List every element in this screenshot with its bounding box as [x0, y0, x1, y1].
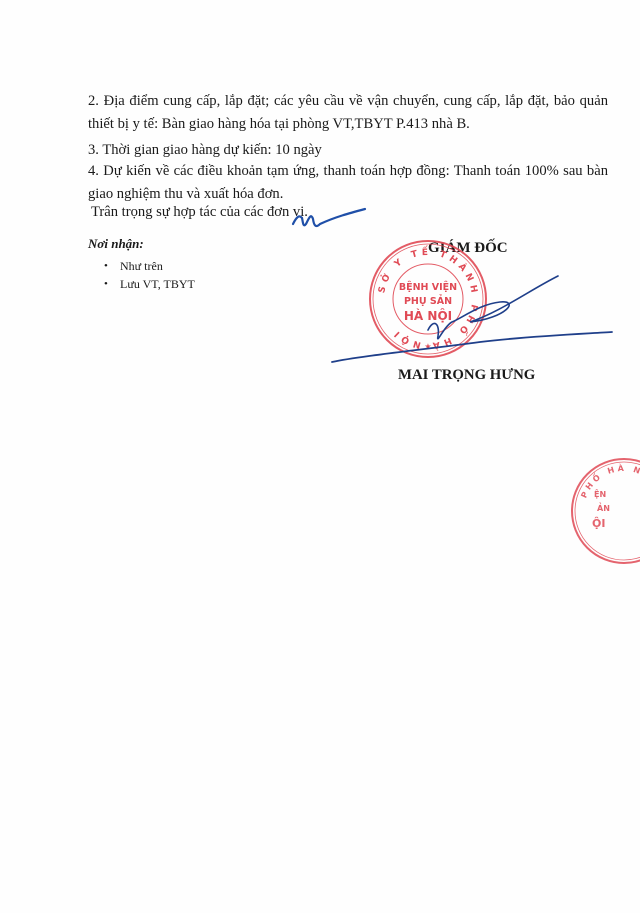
stamp-line2: PHỤ SẢN [404, 295, 452, 307]
document-page: 2. Địa điểm cung cấp, lắp đặt; các yêu c… [0, 0, 640, 913]
stamp-line1: BỆNH VIỆN [399, 282, 457, 293]
initials-signature [293, 209, 365, 226]
svg-text:PHỐ HÀ NỘI: PHỐ HÀ NỘI [579, 462, 640, 500]
signer-name: MAI TRỌNG HƯNG [398, 367, 535, 384]
svg-text:ỘI: ỘI [592, 517, 605, 530]
stamp-partial: PHỐ HÀ NỘI ỆN ẢN ỘI [572, 459, 640, 563]
svg-text:ỆN: ỆN [594, 489, 606, 499]
official-stamp: SỞ Y TẾ THÀNH PHỐ HÀ NỘI BỆNH VIỆN PHỤ S… [0, 0, 640, 913]
svg-text:ẢN: ẢN [597, 502, 610, 513]
stamp-main: SỞ Y TẾ THÀNH PHỐ HÀ NỘI BỆNH VIỆN PHỤ S… [370, 241, 486, 357]
stamp-line3: HÀ NỘI [404, 308, 452, 323]
